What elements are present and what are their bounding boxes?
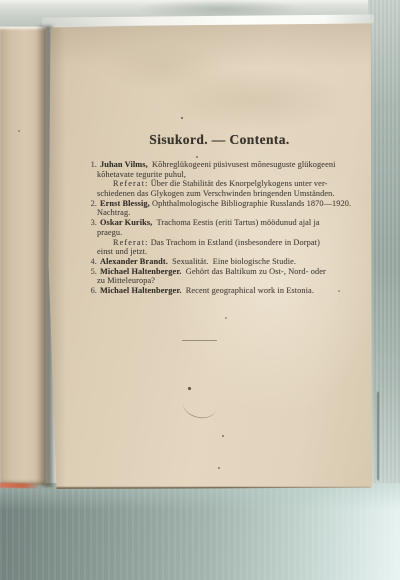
toc-text: Ophthalmologische Bibliographie Russland…	[150, 199, 351, 208]
toc-line: 2.Ernst Blessig, Ophthalmologische Bibli…	[86, 199, 358, 209]
toc-item-number: 4.	[86, 257, 97, 267]
toc-line: Referat: Das Trachom in Estland (insbeso…	[86, 238, 358, 248]
author-name: Alexander Brandt.	[100, 257, 168, 266]
toc-text: Trachoma Eestis (eriti Tartus) möödunud …	[152, 218, 319, 227]
toc-line: schiedenen das Glykogen zum Verschwinden…	[86, 189, 358, 199]
author-name: Michael Haltenberger.	[100, 267, 182, 276]
ink-speck	[188, 387, 191, 390]
toc-line: Referat: Über die Stabilität des Knorpel…	[86, 179, 358, 189]
toc-line: einst und jetzt.	[86, 247, 358, 257]
toc-line: zu Mitteleuropa?	[86, 276, 358, 286]
toc-text: Gehört das Baltikum zu Ost-, Nord- oder	[182, 267, 326, 276]
table-surface	[0, 483, 400, 580]
page-title: Sisukord. — Contenta.	[66, 132, 373, 148]
toc-text: einst und jetzt.	[97, 247, 147, 256]
toc-item-number: 2.	[86, 199, 97, 209]
toc-list: 1.Juhan Vilms, Kõhreglükogeeni püsivuses…	[86, 160, 358, 296]
ink-speck	[225, 317, 227, 319]
section-divider-rule	[182, 340, 217, 341]
book-page: Sisukord. — Contenta. 1.Juhan Vilms, Kõh…	[46, 20, 373, 490]
author-name: Juhan Vilms,	[100, 160, 148, 169]
toc-line: 4.Alexander Brandt. Sexualität. Eine bio…	[86, 257, 358, 267]
toc-text: Nachtrag.	[97, 208, 130, 217]
toc-item-number: 3.	[86, 218, 97, 228]
toc-text: kõhetavate tegurite puhul,	[97, 170, 186, 179]
ink-speck	[218, 467, 220, 469]
author-name: Oskar Kuriks,	[100, 218, 152, 227]
ink-speck	[196, 156, 198, 158]
toc-item-number: 6.	[86, 286, 97, 296]
ink-speck	[18, 130, 20, 132]
toc-text: Recent geographical work in Estonia.	[182, 286, 315, 295]
book-cover-edge	[0, 483, 38, 489]
toc-line: praegu.	[86, 228, 358, 238]
toc-item-number: 1.	[86, 160, 97, 170]
toc-line: 6.Michael Haltenberger. Recent geographi…	[86, 286, 358, 296]
toc-line: 5.Michael Haltenberger. Gehört das Balti…	[86, 267, 358, 277]
author-name: Michael Haltenberger.	[100, 286, 182, 295]
book-photo: { "page": { "title": "Sisukord. — Conten…	[0, 0, 400, 580]
toc-text: Referat:	[113, 238, 149, 247]
toc-text: Sexualität. Eine biologische Studie.	[168, 257, 296, 266]
toc-line: Nachtrag.	[86, 208, 358, 218]
toc-text: Über die Stabilität des Knorpelglykogens…	[149, 179, 328, 188]
toc-text: schiedenen das Glykogen zum Verschwinden…	[97, 189, 335, 198]
ink-speck	[222, 435, 224, 437]
ink-speck	[338, 290, 340, 292]
ink-speck	[181, 117, 183, 119]
author-name: Ernst Blessig,	[100, 199, 150, 208]
toc-line: 1.Juhan Vilms, Kõhreglükogeeni püsivuses…	[86, 160, 358, 170]
toc-text: Kõhreglükogeeni püsivusest mõnesuguste g…	[148, 160, 336, 169]
toc-line: 3.Oskar Kuriks, Trachoma Eestis (eriti T…	[86, 218, 358, 228]
paper-scratch	[181, 390, 219, 422]
toc-text: Das Trachom in Estland (insbesondere in …	[149, 238, 320, 247]
toc-text: zu Mitteleuropa?	[97, 276, 155, 285]
toc-text: praegu.	[97, 228, 122, 237]
toc-line: kõhetavate tegurite puhul,	[86, 170, 358, 180]
page-edge-shadow-line	[377, 392, 379, 480]
toc-text: Referat:	[113, 179, 149, 188]
toc-item-number: 5.	[86, 267, 97, 277]
